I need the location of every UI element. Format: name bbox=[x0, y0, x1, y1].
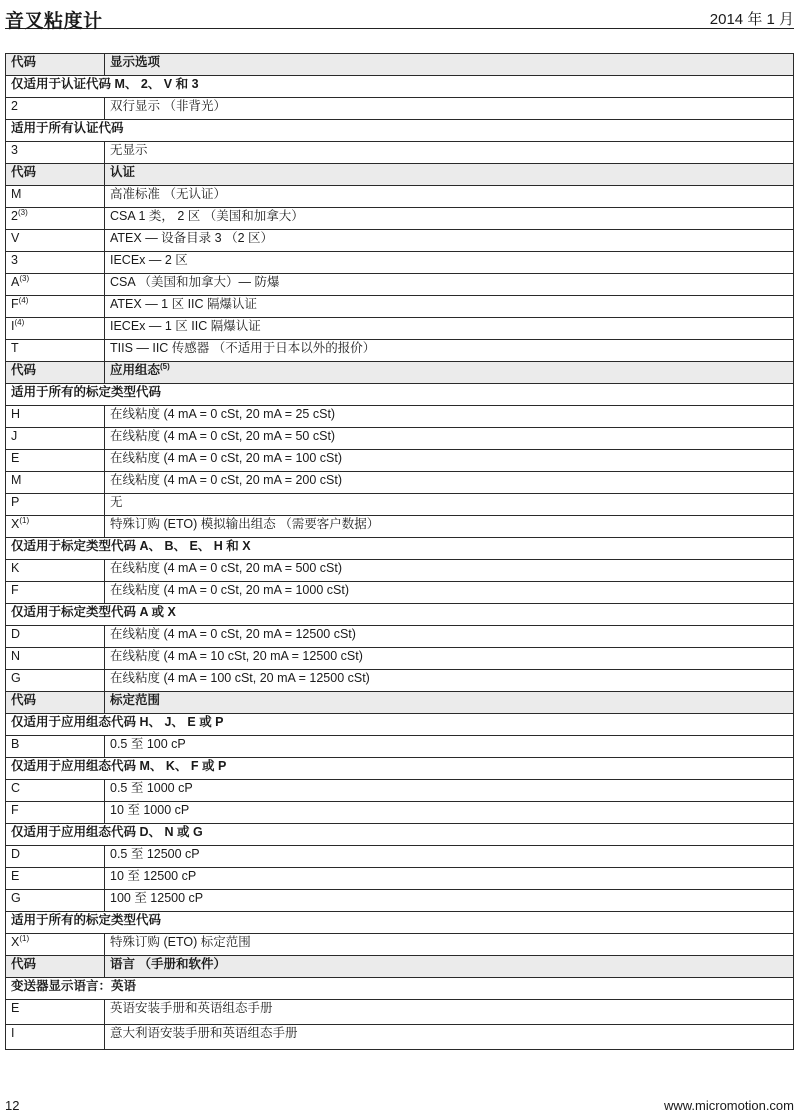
option-description: TIIS — IIC 传感器 （不适用于日本以外的报价） bbox=[105, 340, 794, 362]
code-header: 代码 bbox=[6, 54, 105, 76]
option-description: 意大利语安装手册和英语组态手册 bbox=[105, 1025, 794, 1050]
code-header: 代码 bbox=[6, 164, 105, 186]
option-code: 3 bbox=[6, 252, 105, 274]
option-code: F(4) bbox=[6, 296, 105, 318]
page-number: 12 bbox=[5, 1098, 19, 1113]
option-code: G bbox=[6, 890, 105, 912]
subgroup-row: 适用于所有的标定类型代码 bbox=[6, 384, 794, 406]
section-header-row: 代码显示选项 bbox=[6, 54, 794, 76]
table-row: M高准标准 （无认证） bbox=[6, 186, 794, 208]
table-row: D0.5 至 12500 cP bbox=[6, 846, 794, 868]
subgroup-label: 仅适用于应用组态代码 D、 N 或 G bbox=[6, 824, 794, 846]
code-header: 代码 bbox=[6, 692, 105, 714]
option-code: M bbox=[6, 186, 105, 208]
option-code: X(1) bbox=[6, 516, 105, 538]
option-code: H bbox=[6, 406, 105, 428]
option-description: 在线粘度 (4 mA = 0 cSt, 20 mA = 50 cSt) bbox=[105, 428, 794, 450]
subgroup-label: 仅适用于标定类型代码 A 或 X bbox=[6, 604, 794, 626]
section-header-row: 代码应用组态(5) bbox=[6, 362, 794, 384]
option-description: 无显示 bbox=[105, 142, 794, 164]
section-title: 标定范围 bbox=[105, 692, 794, 714]
option-code: J bbox=[6, 428, 105, 450]
subgroup-label: 仅适用于应用组态代码 M、 K、 F 或 P bbox=[6, 758, 794, 780]
table-row: E10 至 12500 cP bbox=[6, 868, 794, 890]
table-row: F在线粘度 (4 mA = 0 cSt, 20 mA = 1000 cSt) bbox=[6, 582, 794, 604]
option-description: ATEX — 设备目录 3 （2 区） bbox=[105, 230, 794, 252]
table-row: C0.5 至 1000 cP bbox=[6, 780, 794, 802]
option-code: D bbox=[6, 846, 105, 868]
table-row: H在线粘度 (4 mA = 0 cSt, 20 mA = 25 cSt) bbox=[6, 406, 794, 428]
option-description: 在线粘度 (4 mA = 100 cSt, 20 mA = 12500 cSt) bbox=[105, 670, 794, 692]
option-code: F bbox=[6, 802, 105, 824]
option-code: E bbox=[6, 1000, 105, 1025]
option-description: 无 bbox=[105, 494, 794, 516]
option-code: E bbox=[6, 868, 105, 890]
table-row: VATEX — 设备目录 3 （2 区） bbox=[6, 230, 794, 252]
option-description: 特殊订购 (ETO) 标定范围 bbox=[105, 934, 794, 956]
table-row: M在线粘度 (4 mA = 0 cSt, 20 mA = 200 cSt) bbox=[6, 472, 794, 494]
option-description: 在线粘度 (4 mA = 0 cSt, 20 mA = 200 cSt) bbox=[105, 472, 794, 494]
option-description: 0.5 至 100 cP bbox=[105, 736, 794, 758]
option-description: 10 至 12500 cP bbox=[105, 868, 794, 890]
footnote-ref: (5) bbox=[160, 362, 170, 371]
table-row: I(4)IECEx — 1 区 IIC 隔爆认证 bbox=[6, 318, 794, 340]
option-code: I(4) bbox=[6, 318, 105, 340]
table-row: E在线粘度 (4 mA = 0 cSt, 20 mA = 100 cSt) bbox=[6, 450, 794, 472]
option-description: 特殊订购 (ETO) 模拟输出组态 （需要客户数据） bbox=[105, 516, 794, 538]
section-title: 显示选项 bbox=[105, 54, 794, 76]
table-row: N在线粘度 (4 mA = 10 cSt, 20 mA = 12500 cSt) bbox=[6, 648, 794, 670]
subgroup-label: 适用于所有认证代码 bbox=[6, 120, 794, 142]
option-code: V bbox=[6, 230, 105, 252]
option-code: X(1) bbox=[6, 934, 105, 956]
code-header: 代码 bbox=[6, 956, 105, 978]
option-code: E bbox=[6, 450, 105, 472]
table-row: X(1)特殊订购 (ETO) 模拟输出组态 （需要客户数据） bbox=[6, 516, 794, 538]
option-description: 在线粘度 (4 mA = 0 cSt, 20 mA = 12500 cSt) bbox=[105, 626, 794, 648]
table-row: I意大利语安装手册和英语组态手册 bbox=[6, 1025, 794, 1050]
option-description: 高准标准 （无认证） bbox=[105, 186, 794, 208]
option-code: F bbox=[6, 582, 105, 604]
table-row: P无 bbox=[6, 494, 794, 516]
table-row: F10 至 1000 cP bbox=[6, 802, 794, 824]
table-row: 2双行显示 （非背光） bbox=[6, 98, 794, 120]
website-link[interactable]: www.micromotion.com bbox=[664, 1098, 794, 1113]
table-row: G在线粘度 (4 mA = 100 cSt, 20 mA = 12500 cSt… bbox=[6, 670, 794, 692]
subgroup-row: 仅适用于应用组态代码 H、 J、 E 或 P bbox=[6, 714, 794, 736]
table-row: B0.5 至 100 cP bbox=[6, 736, 794, 758]
footnote-ref: (4) bbox=[19, 296, 29, 305]
table-row: F(4)ATEX — 1 区 IIC 隔爆认证 bbox=[6, 296, 794, 318]
document-title: 音叉粘度计 bbox=[5, 6, 103, 33]
option-description: ATEX — 1 区 IIC 隔爆认证 bbox=[105, 296, 794, 318]
table-row: X(1)特殊订购 (ETO) 标定范围 bbox=[6, 934, 794, 956]
table-row: J在线粘度 (4 mA = 0 cSt, 20 mA = 50 cSt) bbox=[6, 428, 794, 450]
subgroup-row: 仅适用于应用组态代码 D、 N 或 G bbox=[6, 824, 794, 846]
option-code: G bbox=[6, 670, 105, 692]
section-title: 语言 （手册和软件） bbox=[105, 956, 794, 978]
table-row: A(3)CSA （美国和加拿大）— 防爆 bbox=[6, 274, 794, 296]
subgroup-row: 仅适用于认证代码 M、 2、 V 和 3 bbox=[6, 76, 794, 98]
option-code: 2 bbox=[6, 98, 105, 120]
document-date: 2014 年 1 月 bbox=[710, 8, 794, 29]
option-description: IECEx — 1 区 IIC 隔爆认证 bbox=[105, 318, 794, 340]
option-code: 2(3) bbox=[6, 208, 105, 230]
option-code: C bbox=[6, 780, 105, 802]
footnote-ref: (3) bbox=[18, 208, 28, 217]
subgroup-label: 适用于所有的标定类型代码 bbox=[6, 384, 794, 406]
table-row: TTIIS — IIC 传感器 （不适用于日本以外的报价） bbox=[6, 340, 794, 362]
subgroup-row: 适用于所有认证代码 bbox=[6, 120, 794, 142]
subgroup-label: 仅适用于认证代码 M、 2、 V 和 3 bbox=[6, 76, 794, 98]
subgroup-label: 适用于所有的标定类型代码 bbox=[6, 912, 794, 934]
footnote-ref: (4) bbox=[14, 318, 24, 327]
section-title: 应用组态(5) bbox=[105, 362, 794, 384]
table-row: 2(3)CSA 1 类， 2 区 （美国和加拿大） bbox=[6, 208, 794, 230]
option-code: T bbox=[6, 340, 105, 362]
subgroup-row: 仅适用于应用组态代码 M、 K、 F 或 P bbox=[6, 758, 794, 780]
table-row: G100 至 12500 cP bbox=[6, 890, 794, 912]
option-code: N bbox=[6, 648, 105, 670]
option-description: CSA （美国和加拿大）— 防爆 bbox=[105, 274, 794, 296]
option-description: 0.5 至 12500 cP bbox=[105, 846, 794, 868]
table-row: K在线粘度 (4 mA = 0 cSt, 20 mA = 500 cSt) bbox=[6, 560, 794, 582]
option-code: I bbox=[6, 1025, 105, 1050]
section-title: 认证 bbox=[105, 164, 794, 186]
footnote-ref: (1) bbox=[19, 516, 29, 525]
table-row: 3IECEx — 2 区 bbox=[6, 252, 794, 274]
option-description: 英语安装手册和英语组态手册 bbox=[105, 1000, 794, 1025]
option-code: D bbox=[6, 626, 105, 648]
code-header: 代码 bbox=[6, 362, 105, 384]
subgroup-row: 仅适用于标定类型代码 A 或 X bbox=[6, 604, 794, 626]
option-description: IECEx — 2 区 bbox=[105, 252, 794, 274]
option-description: 在线粘度 (4 mA = 0 cSt, 20 mA = 100 cSt) bbox=[105, 450, 794, 472]
subgroup-label: 仅适用于标定类型代码 A、 B、 E、 H 和 X bbox=[6, 538, 794, 560]
option-description: 10 至 1000 cP bbox=[105, 802, 794, 824]
section-header-row: 代码语言 （手册和软件） bbox=[6, 956, 794, 978]
option-description: 在线粘度 (4 mA = 0 cSt, 20 mA = 25 cSt) bbox=[105, 406, 794, 428]
section-header-row: 代码认证 bbox=[6, 164, 794, 186]
option-code: B bbox=[6, 736, 105, 758]
subgroup-label: 仅适用于应用组态代码 H、 J、 E 或 P bbox=[6, 714, 794, 736]
option-description: CSA 1 类， 2 区 （美国和加拿大） bbox=[105, 208, 794, 230]
option-code: M bbox=[6, 472, 105, 494]
subgroup-row: 适用于所有的标定类型代码 bbox=[6, 912, 794, 934]
option-code: K bbox=[6, 560, 105, 582]
subgroup-row: 变送器显示语言：英语 bbox=[6, 978, 794, 1000]
footnote-ref: (1) bbox=[19, 934, 29, 943]
option-description: 0.5 至 1000 cP bbox=[105, 780, 794, 802]
option-description: 在线粘度 (4 mA = 10 cSt, 20 mA = 12500 cSt) bbox=[105, 648, 794, 670]
footnote-ref: (3) bbox=[19, 274, 29, 283]
table-row: E英语安装手册和英语组态手册 bbox=[6, 1000, 794, 1025]
option-description: 在线粘度 (4 mA = 0 cSt, 20 mA = 1000 cSt) bbox=[105, 582, 794, 604]
option-code: A(3) bbox=[6, 274, 105, 296]
section-header-row: 代码标定范围 bbox=[6, 692, 794, 714]
option-code: 3 bbox=[6, 142, 105, 164]
option-description: 100 至 12500 cP bbox=[105, 890, 794, 912]
subgroup-label: 变送器显示语言：英语 bbox=[6, 978, 794, 1000]
table-row: 3无显示 bbox=[6, 142, 794, 164]
ordering-code-table: 代码显示选项仅适用于认证代码 M、 2、 V 和 32双行显示 （非背光）适用于… bbox=[5, 53, 794, 1050]
option-description: 双行显示 （非背光） bbox=[105, 98, 794, 120]
option-description: 在线粘度 (4 mA = 0 cSt, 20 mA = 500 cSt) bbox=[105, 560, 794, 582]
page-header: 音叉粘度计 2014 年 1 月 bbox=[5, 4, 794, 29]
table-row: D在线粘度 (4 mA = 0 cSt, 20 mA = 12500 cSt) bbox=[6, 626, 794, 648]
subgroup-row: 仅适用于标定类型代码 A、 B、 E、 H 和 X bbox=[6, 538, 794, 560]
option-code: P bbox=[6, 494, 105, 516]
